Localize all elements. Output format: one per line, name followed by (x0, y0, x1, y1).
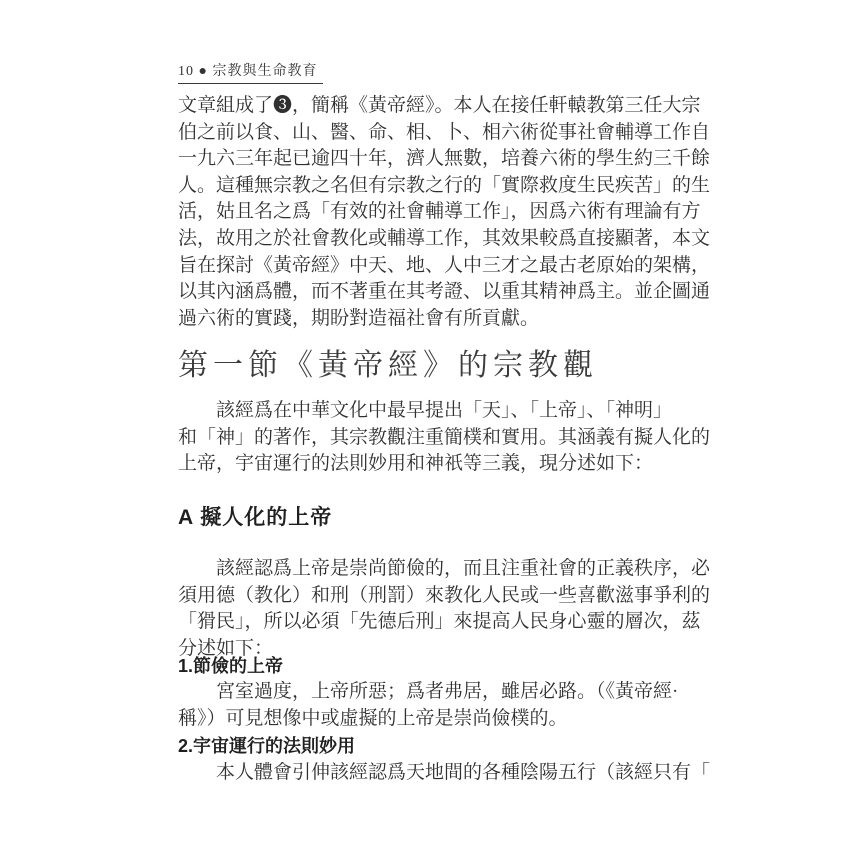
section-title: 第一節《黃帝經》的宗教觀 (178, 340, 778, 384)
book-page: 10 ● 宗教與生命教育 文章組成了❸，簡稱《黃帝經》。本人在接任軒轅教第三任大… (0, 0, 850, 850)
paragraph-anthropomorphic: 該經認爲上帝是崇尚節儉的，而且注重社會的正義秩序，必 須用德（教化）和刑（刑罰）… (178, 556, 683, 662)
paragraph-overview: 該經爲在中華文化中最早提出「天」、「上帝」、「神明」 和「神」的著作，其宗教觀注… (178, 398, 683, 478)
paragraph-intro: 文章組成了❸，簡稱《黃帝經》。本人在接任軒轅教第三任大宗 伯之前以食、山、醫、命… (178, 93, 683, 332)
paragraph-thrifty-quote: 宮室過度，上帝所惡；爲者弗居，雖居必路。（《黃帝經· 稱》）可見想像中或虛擬的上… (178, 679, 683, 732)
running-header: 10 ● 宗教與生命教育 (178, 60, 323, 84)
paragraph-cosmic-intro: 本人體會引伸該經認爲天地間的各種陰陽五行（該經只有「 (178, 760, 683, 787)
heading-thrifty-god: 1.節儉的上帝 (178, 652, 283, 678)
heading-cosmic-law: 2.宇宙運行的法則妙用 (178, 732, 355, 758)
heading-anthropomorphic-god: A 擬人化的上帝 (178, 501, 332, 531)
